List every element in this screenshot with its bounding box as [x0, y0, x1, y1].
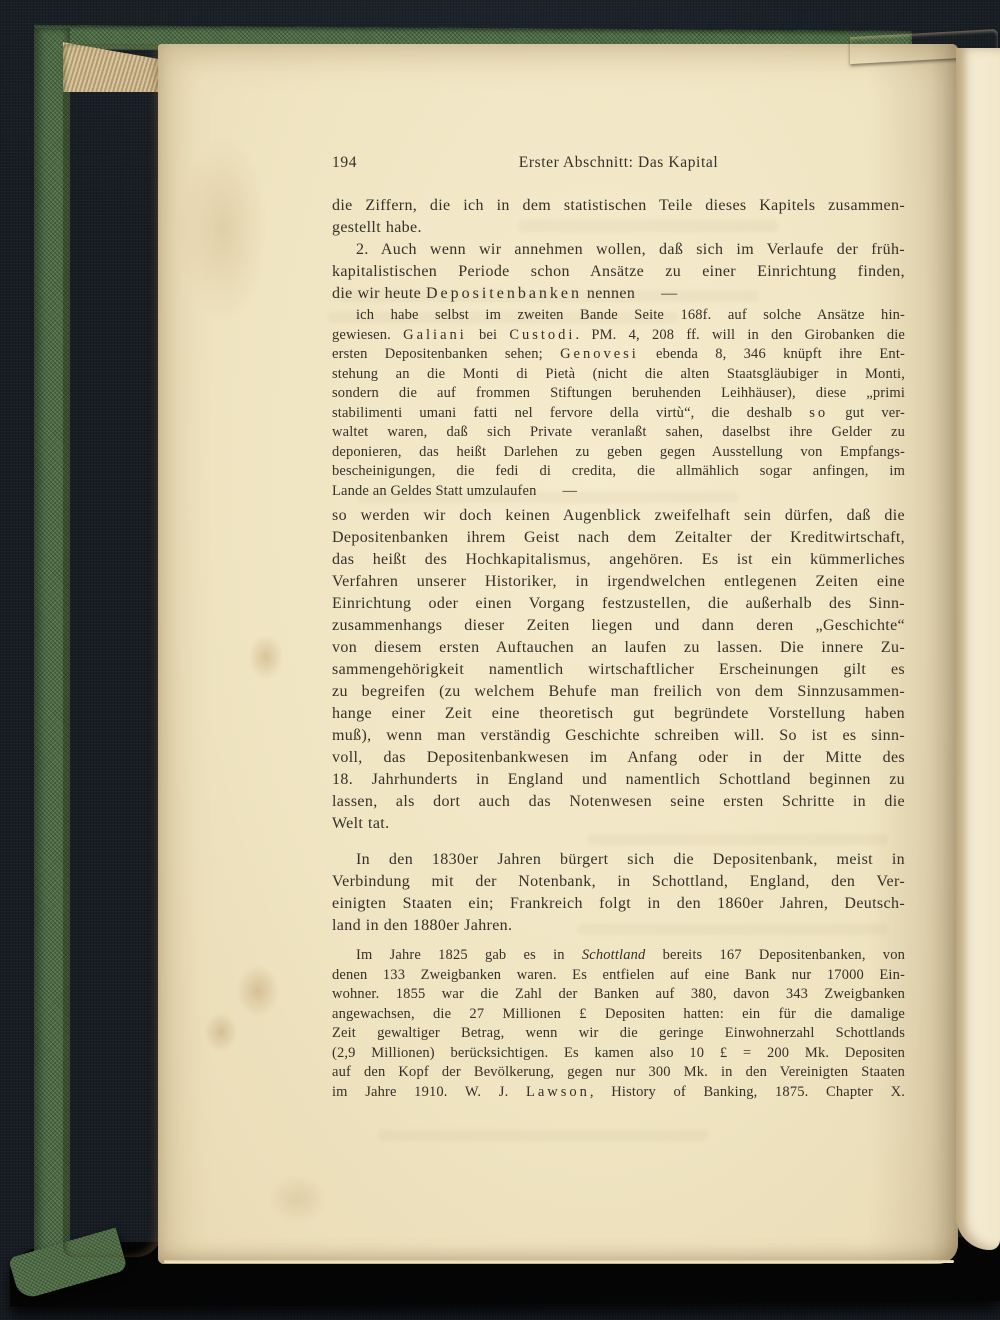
text-segment: Schottland: [582, 947, 646, 963]
page-stain: [178, 134, 268, 324]
paragraph-block: 2. Auch wenn wir annehmen wollen, daß si…: [332, 239, 905, 305]
text-line: 2. Auch wenn wir annehmen wollen, daß si…: [332, 239, 905, 261]
text-line: angewachsen, die 27 Millionen £ Deposite…: [332, 1005, 905, 1025]
text-line: im Jahre 1910. W. J. Lawson, History of …: [332, 1083, 905, 1103]
paragraph-block: ich habe selbst im zweiten Bande Seite 1…: [332, 306, 905, 501]
text-line: das heißt des Hochkapitalismus, angehöre…: [332, 549, 905, 571]
text-line: voll, das Depositenbankwesen im Anfang o…: [332, 747, 905, 769]
text-line: stabilimenti umani fatti nel fervore del…: [332, 404, 905, 424]
text-line: Zeit gewaltiger Betrag, wenn wir die ger…: [332, 1024, 905, 1044]
text-line: Im Jahre 1825 gab es in Schottland berei…: [332, 946, 905, 966]
text-segment: Galiani: [403, 327, 467, 343]
text-segment: so: [809, 405, 828, 421]
page-stain: [204, 1012, 238, 1052]
text-line: von diesem ersten Auftauchen an laufen z…: [332, 637, 905, 659]
text-line: ersten Depositenbanken sehen; Genovesi e…: [332, 345, 905, 365]
text-line: denen 133 Zweigbanken waren. Es entfiele…: [332, 966, 905, 986]
text-segment: Custodi: [509, 327, 575, 343]
text-line: so werden wir doch keinen Augenblick zwe…: [332, 505, 905, 527]
paragraph-block: Im Jahre 1825 gab es in Schottland berei…: [332, 946, 905, 1102]
text-line: Einrichtung oder einen Vorgang festzuste…: [332, 593, 905, 615]
text-segment: —: [563, 483, 578, 499]
right-page-sliver: [956, 48, 1000, 1250]
paragraph-block: In den 1830er Jahren bürgert sich die De…: [332, 849, 905, 937]
text-line: lassen, als dort auch das Notenwesen sei…: [332, 791, 905, 813]
text-line: kapitalistischen Periode schon Ansätze z…: [332, 261, 905, 283]
text-line: 18. Jahrhunderts in England und namentli…: [332, 769, 905, 791]
text-line: ich habe selbst im zweiten Bande Seite 1…: [332, 306, 905, 326]
text-line: Depositenbanken ihrem Geist nach dem Zei…: [332, 527, 905, 549]
text-line: muß), wenn man verständig Geschichte sch…: [332, 725, 905, 747]
text-line: gestellt habe.: [332, 217, 905, 239]
text-segment: Depositenbanken: [426, 285, 582, 302]
text-line: stehung an die Monti di Pietà (nicht die…: [332, 365, 905, 385]
text-line: gewiesen. Galiani bei Custodi. PM. 4, 20…: [332, 326, 905, 346]
paragraph-block: so werden wir doch keinen Augenblick zwe…: [332, 505, 905, 835]
text-line: bescheinigungen, die fedi di credita, di…: [332, 462, 905, 482]
text-line: die wir heute Depositenbanken nennen—: [332, 283, 905, 305]
page-stain: [248, 634, 284, 680]
text-line: In den 1830er Jahren bürgert sich die De…: [332, 849, 905, 871]
book-page: 194 Erster Abschnitt: Das Kapital die Zi…: [158, 44, 958, 1264]
text-line: Verbindung mit der Notenbank, in Schottl…: [332, 871, 905, 893]
text-line: sondern die auf frommen Stiftungen beruh…: [332, 384, 905, 404]
text-line: wohner. 1855 war die Zahl der Banken auf…: [332, 985, 905, 1005]
page-stain: [236, 964, 280, 1018]
text-segment: Genovesi: [560, 346, 639, 362]
text-line: zusammenhangs dieser Zeiten liegen und d…: [332, 615, 905, 637]
text-line: waltet waren, daß sich Private veranlaßt…: [332, 423, 905, 443]
text-line: sammengehörigkeit namentlich wirtschaftl…: [332, 659, 905, 681]
text-segment: —: [661, 285, 677, 302]
text-line: zu begreifen (zu welchem Behufe man frei…: [332, 681, 905, 703]
page-stain: [268, 1174, 328, 1224]
text-line: die Ziffern, die ich in dem statistische…: [332, 195, 905, 217]
text-body: 194 Erster Abschnitt: Das Kapital die Zi…: [332, 44, 905, 1264]
text-line: Verfahren unserer Historiker, in irgendw…: [332, 571, 905, 593]
text-line: auf den Kopf der Bevölkerung, gegen nur …: [332, 1063, 905, 1083]
text-line: land in den 1880er Jahren.: [332, 915, 905, 937]
text-line: Welt tat.: [332, 813, 905, 835]
running-title: Erster Abschnitt: Das Kapital: [332, 154, 905, 172]
paragraph-block: die Ziffern, die ich in dem statistische…: [332, 195, 905, 239]
page-header: 194 Erster Abschnitt: Das Kapital: [332, 154, 905, 174]
text-segment: Lawson: [526, 1084, 590, 1100]
photo-backdrop: 194 Erster Abschnitt: Das Kapital die Zi…: [0, 0, 1000, 1320]
page-fore-edges: [63, 44, 162, 1257]
text-line: Lande an Geldes Statt umzulaufen—: [332, 482, 905, 502]
text-line: deponieren, das heißt Darlehen zu geben …: [332, 443, 905, 463]
text-line: hange einer Zeit eine theoretisch gut be…: [332, 703, 905, 725]
text-line: (2,9 Millionen) berücksichtigen. Es kame…: [332, 1044, 905, 1064]
text-line: einigten Staaten ein; Frankreich folgt i…: [332, 893, 905, 915]
